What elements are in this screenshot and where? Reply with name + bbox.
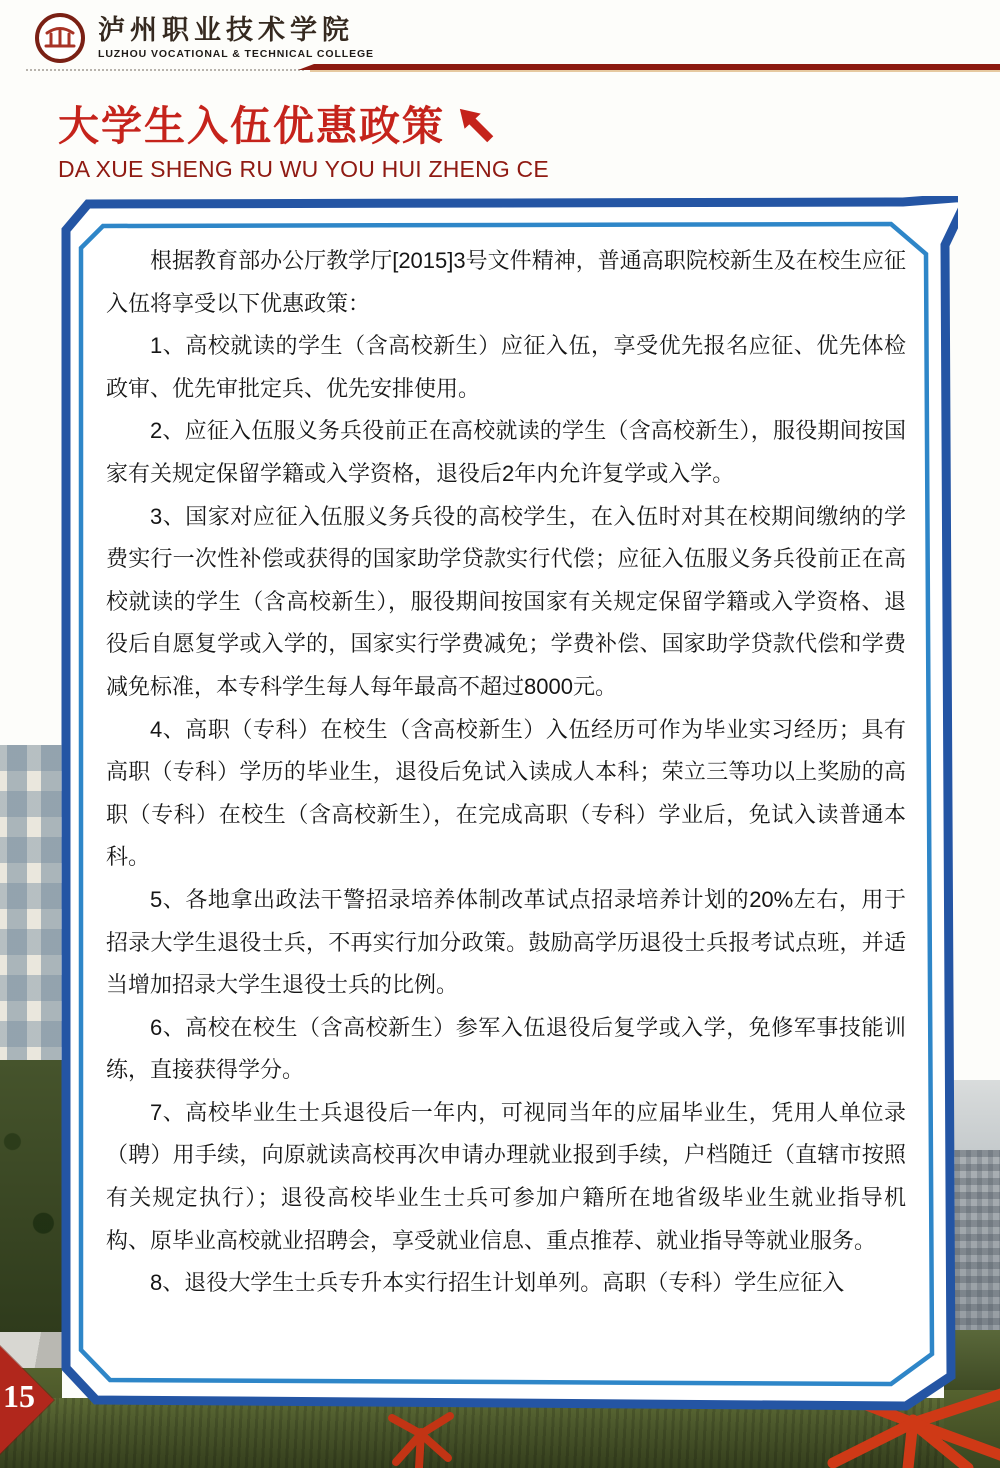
policy-item-6: 6、高校在校生（含高校新生）参军入伍退役后复学或入学，免修军事技能训练，直接获得… bbox=[106, 1007, 906, 1092]
red-sculpture-small-icon bbox=[386, 1410, 456, 1468]
header-red-line bbox=[298, 64, 1000, 70]
page-title-pinyin: DA XUE SHENG RU WU YOU HUI ZHENG CE bbox=[58, 156, 549, 183]
college-name-block: 泸州职业技术学院 LUZHOU VOCATIONAL & TECHNICAL C… bbox=[98, 16, 374, 59]
policy-item-2: 2、应征入伍服义务兵役前正在高校就读的学生（含高校新生），服役期间按国家有关规定… bbox=[106, 410, 906, 495]
page-number: 15 bbox=[3, 1378, 47, 1415]
title-block: 大学生入伍优惠政策 DA XUE SHENG RU WU YOU HUI ZHE… bbox=[58, 104, 549, 183]
college-name-en: LUZHOU VOCATIONAL & TECHNICAL COLLEGE bbox=[98, 48, 374, 60]
page-title: 大学生入伍优惠政策 bbox=[58, 104, 445, 149]
policy-item-1: 1、高校就读的学生（含高校新生）应征入伍，享受优先报名应征、优先体检政审、优先审… bbox=[106, 325, 906, 410]
policy-item-8: 8、退役大学生士兵专升本实行招生计划单列。高职（专科）学生应征入 bbox=[106, 1262, 906, 1305]
page-header: 泸州职业技术学院 LUZHOU VOCATIONAL & TECHNICAL C… bbox=[34, 12, 374, 64]
policy-item-7: 7、高校毕业生士兵退役后一年内，可视同当年的应届毕业生，凭用人单位录（聘）用手续… bbox=[106, 1092, 906, 1262]
page: 泸州职业技术学院 LUZHOU VOCATIONAL & TECHNICAL C… bbox=[0, 0, 1000, 1468]
policy-item-5: 5、各地拿出政法干警招录培养体制改革试点招录培养计划的20%左右，用于招录大学生… bbox=[106, 879, 906, 1007]
policy-item-3: 3、国家对应征入伍服义务兵役的高校学生，在入伍时对其在校期间缴纳的学费实行一次性… bbox=[106, 496, 906, 709]
arrow-up-left-icon bbox=[457, 106, 495, 144]
college-seal-icon bbox=[34, 12, 86, 64]
header-dotted-line bbox=[26, 69, 304, 71]
policy-intro: 根据教育部办公厅教学厅[2015]3号文件精神，普通高职院校新生及在校生应征入伍… bbox=[106, 240, 906, 325]
policy-text: 根据教育部办公厅教学厅[2015]3号文件精神，普通高职院校新生及在校生应征入伍… bbox=[106, 240, 906, 1305]
policy-item-4: 4、高职（专科）在校生（含高校新生）入伍经历可作为毕业实习经历；具有高职（专科）… bbox=[106, 709, 906, 879]
header-tan-line bbox=[310, 70, 1000, 72]
college-name-cn: 泸州职业技术学院 bbox=[98, 16, 374, 44]
